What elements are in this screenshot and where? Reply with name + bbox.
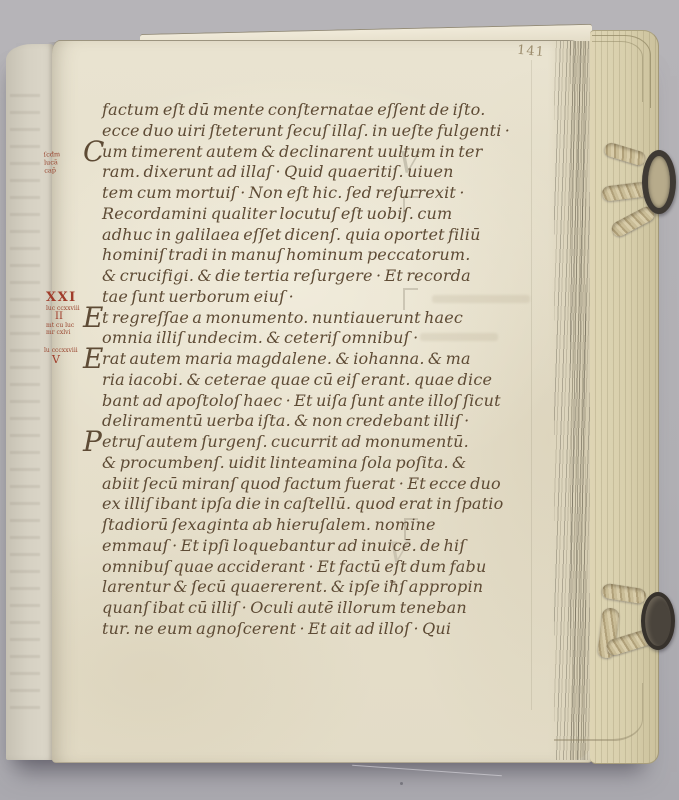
line-text: t regreſſae a monumento. nuntiauerunt ha… [102, 308, 463, 329]
line-text: hominiſ tradi in manuſ hominum peccatoru… [102, 245, 471, 266]
margin-gloss: ſcđm lucã cap̃ [44, 149, 85, 174]
line-text: tem cum mortuiſ · Non eſt hic. ſed reſur… [102, 183, 465, 204]
bleed-through-text [10, 94, 40, 714]
clasp-ring [641, 592, 675, 650]
text-line: tur. ne eum agnoſcerent · Et ait ad illo… [102, 619, 577, 640]
text-line: ſtadiorū ſexaginta ab hieruſalem. nomine [102, 515, 577, 536]
text-line: Recordamini qualiter locutuſ eſt uobiſ. … [102, 204, 577, 225]
text-line: Erat autem maria magdalene. & iohanna. &… [102, 349, 577, 370]
text-line: Cum timerent autem & declinarent uultum … [102, 142, 577, 163]
text-line: Et regreſſae a monumento. nuntiauerunt h… [102, 308, 577, 329]
line-text: tae ſunt uerborum eiuſ · [102, 287, 294, 308]
line-text: omnia illiſ undecim. & ceteriſ omnibuſ · [102, 328, 418, 349]
text-line: emmauſ · Et ipſi loquebantur ad inuicē. … [102, 536, 577, 557]
text-line: ex illiſ ibant ipſa die in caſtellū. quo… [102, 494, 577, 515]
text-line: & procumbenſ. uidit linteamina ſola poſi… [102, 453, 577, 474]
text-line: hominiſ tradi in manuſ hominum peccatoru… [102, 245, 577, 266]
text-line: omnibuſ quae acciderant · Et factū eſt d… [102, 557, 577, 578]
text-line: bant ad apoſtoloſ haec · Et uiſa ſunt an… [102, 391, 577, 412]
line-text: ex illiſ ibant ipſa die in caſtellū. quo… [102, 494, 503, 515]
line-text: & crucifigi. & die tertia reſurgere · Et… [102, 266, 471, 287]
line-text: etruſ autem ſurgenſ. cucurrit ad monumen… [102, 432, 469, 453]
line-text: larentur & ſecū quaererent. & ipſe iħſ a… [102, 577, 483, 598]
line-text: ria iacobi. & ceterae quae cū eiſ erant.… [102, 370, 492, 391]
folio-number: 141 [516, 43, 545, 60]
line-text: ecce duo uiri ſteterunt ſecuſ illaſ. in … [102, 121, 510, 142]
corner-page-curve [592, 41, 643, 102]
illuminated-initial: E [83, 345, 104, 373]
text-line: tem cum mortuiſ · Non eſt hic. ſed reſur… [102, 183, 577, 204]
line-text: quanſ ibat cū illiſ · Oculi autē illorum… [102, 598, 467, 619]
text-line: ria iacobi. & ceterae quae cū eiſ erant.… [102, 370, 577, 391]
text-line: quanſ ibat cū illiſ · Oculi autē illorum… [102, 598, 577, 619]
line-text: ſtadiorū ſexaginta ab hieruſalem. nomine [102, 515, 436, 536]
line-text: tur. ne eum agnoſcerent · Et ait ad illo… [102, 619, 451, 640]
line-text: deliramentū uerba iſta. & non credebant … [102, 411, 469, 432]
text-line: factum eſt dū mente conſternatae eſſent … [102, 100, 577, 121]
background-speck [400, 782, 403, 785]
text-line: tae ſunt uerborum eiuſ · [102, 287, 577, 308]
line-text: abiit ſecū miranſ quod factum fuerat · E… [102, 474, 501, 495]
line-text: bant ad apoſtoloſ haec · Et uiſa ſunt an… [102, 391, 501, 412]
text-line: ram. dixerunt ad illaſ · Quid quaeritiſ.… [102, 162, 577, 183]
text-line: larentur & ſecū quaererent. & ipſe iħſ a… [102, 577, 577, 598]
clasp-ring [642, 150, 676, 214]
text-line: Petruſ autem ſurgenſ. cucurrit ad monume… [102, 432, 577, 453]
line-text: & procumbenſ. uidit linteamina ſola poſi… [102, 453, 466, 474]
line-text: adhuc in galilaea eſſet dicenſ. quia opo… [102, 225, 481, 246]
text-line: adhuc in galilaea eſſet dicenſ. quia opo… [102, 225, 577, 246]
text-line: ecce duo uiri ſteterunt ſecuſ illaſ. in … [102, 121, 577, 142]
line-text: omnibuſ quae acciderant · Et factū eſt d… [102, 557, 486, 578]
text-line: deliramentū uerba iſta. & non credebant … [102, 411, 577, 432]
illuminated-initial: P [83, 428, 102, 456]
line-text: Recordamini qualiter locutuſ eſt uobiſ. … [102, 204, 452, 225]
gloss-line: cap̃ [44, 165, 84, 174]
line-text: factum eſt dū mente conſternatae eſſent … [102, 100, 486, 121]
text-block: factum eſt dū mente conſternatae eſſent … [102, 100, 577, 640]
line-text: rat autem maria magdalene. & iohanna. & … [102, 349, 471, 370]
photograph-background: 141 V V ſcđm lucã cap̃ XXI luc ccxxviii … [0, 0, 679, 800]
text-line: & crucifigi. & die tertia reſurgere · Et… [102, 266, 577, 287]
illuminated-initial: E [83, 304, 104, 332]
line-text: um timerent autem & declinarent uultum i… [102, 142, 482, 163]
line-text: emmauſ · Et ipſi loquebantur ad inuicē. … [102, 536, 466, 557]
corner-page-curve [554, 683, 643, 741]
line-text: ram. dixerunt ad illaſ · Quid quaeritiſ.… [102, 162, 454, 183]
text-line: omnia illiſ undecim. & ceteriſ omnibuſ · [102, 328, 577, 349]
text-line: abiit ſecū miranſ quod factum fuerat · E… [102, 474, 577, 495]
background-scratch [352, 765, 502, 776]
